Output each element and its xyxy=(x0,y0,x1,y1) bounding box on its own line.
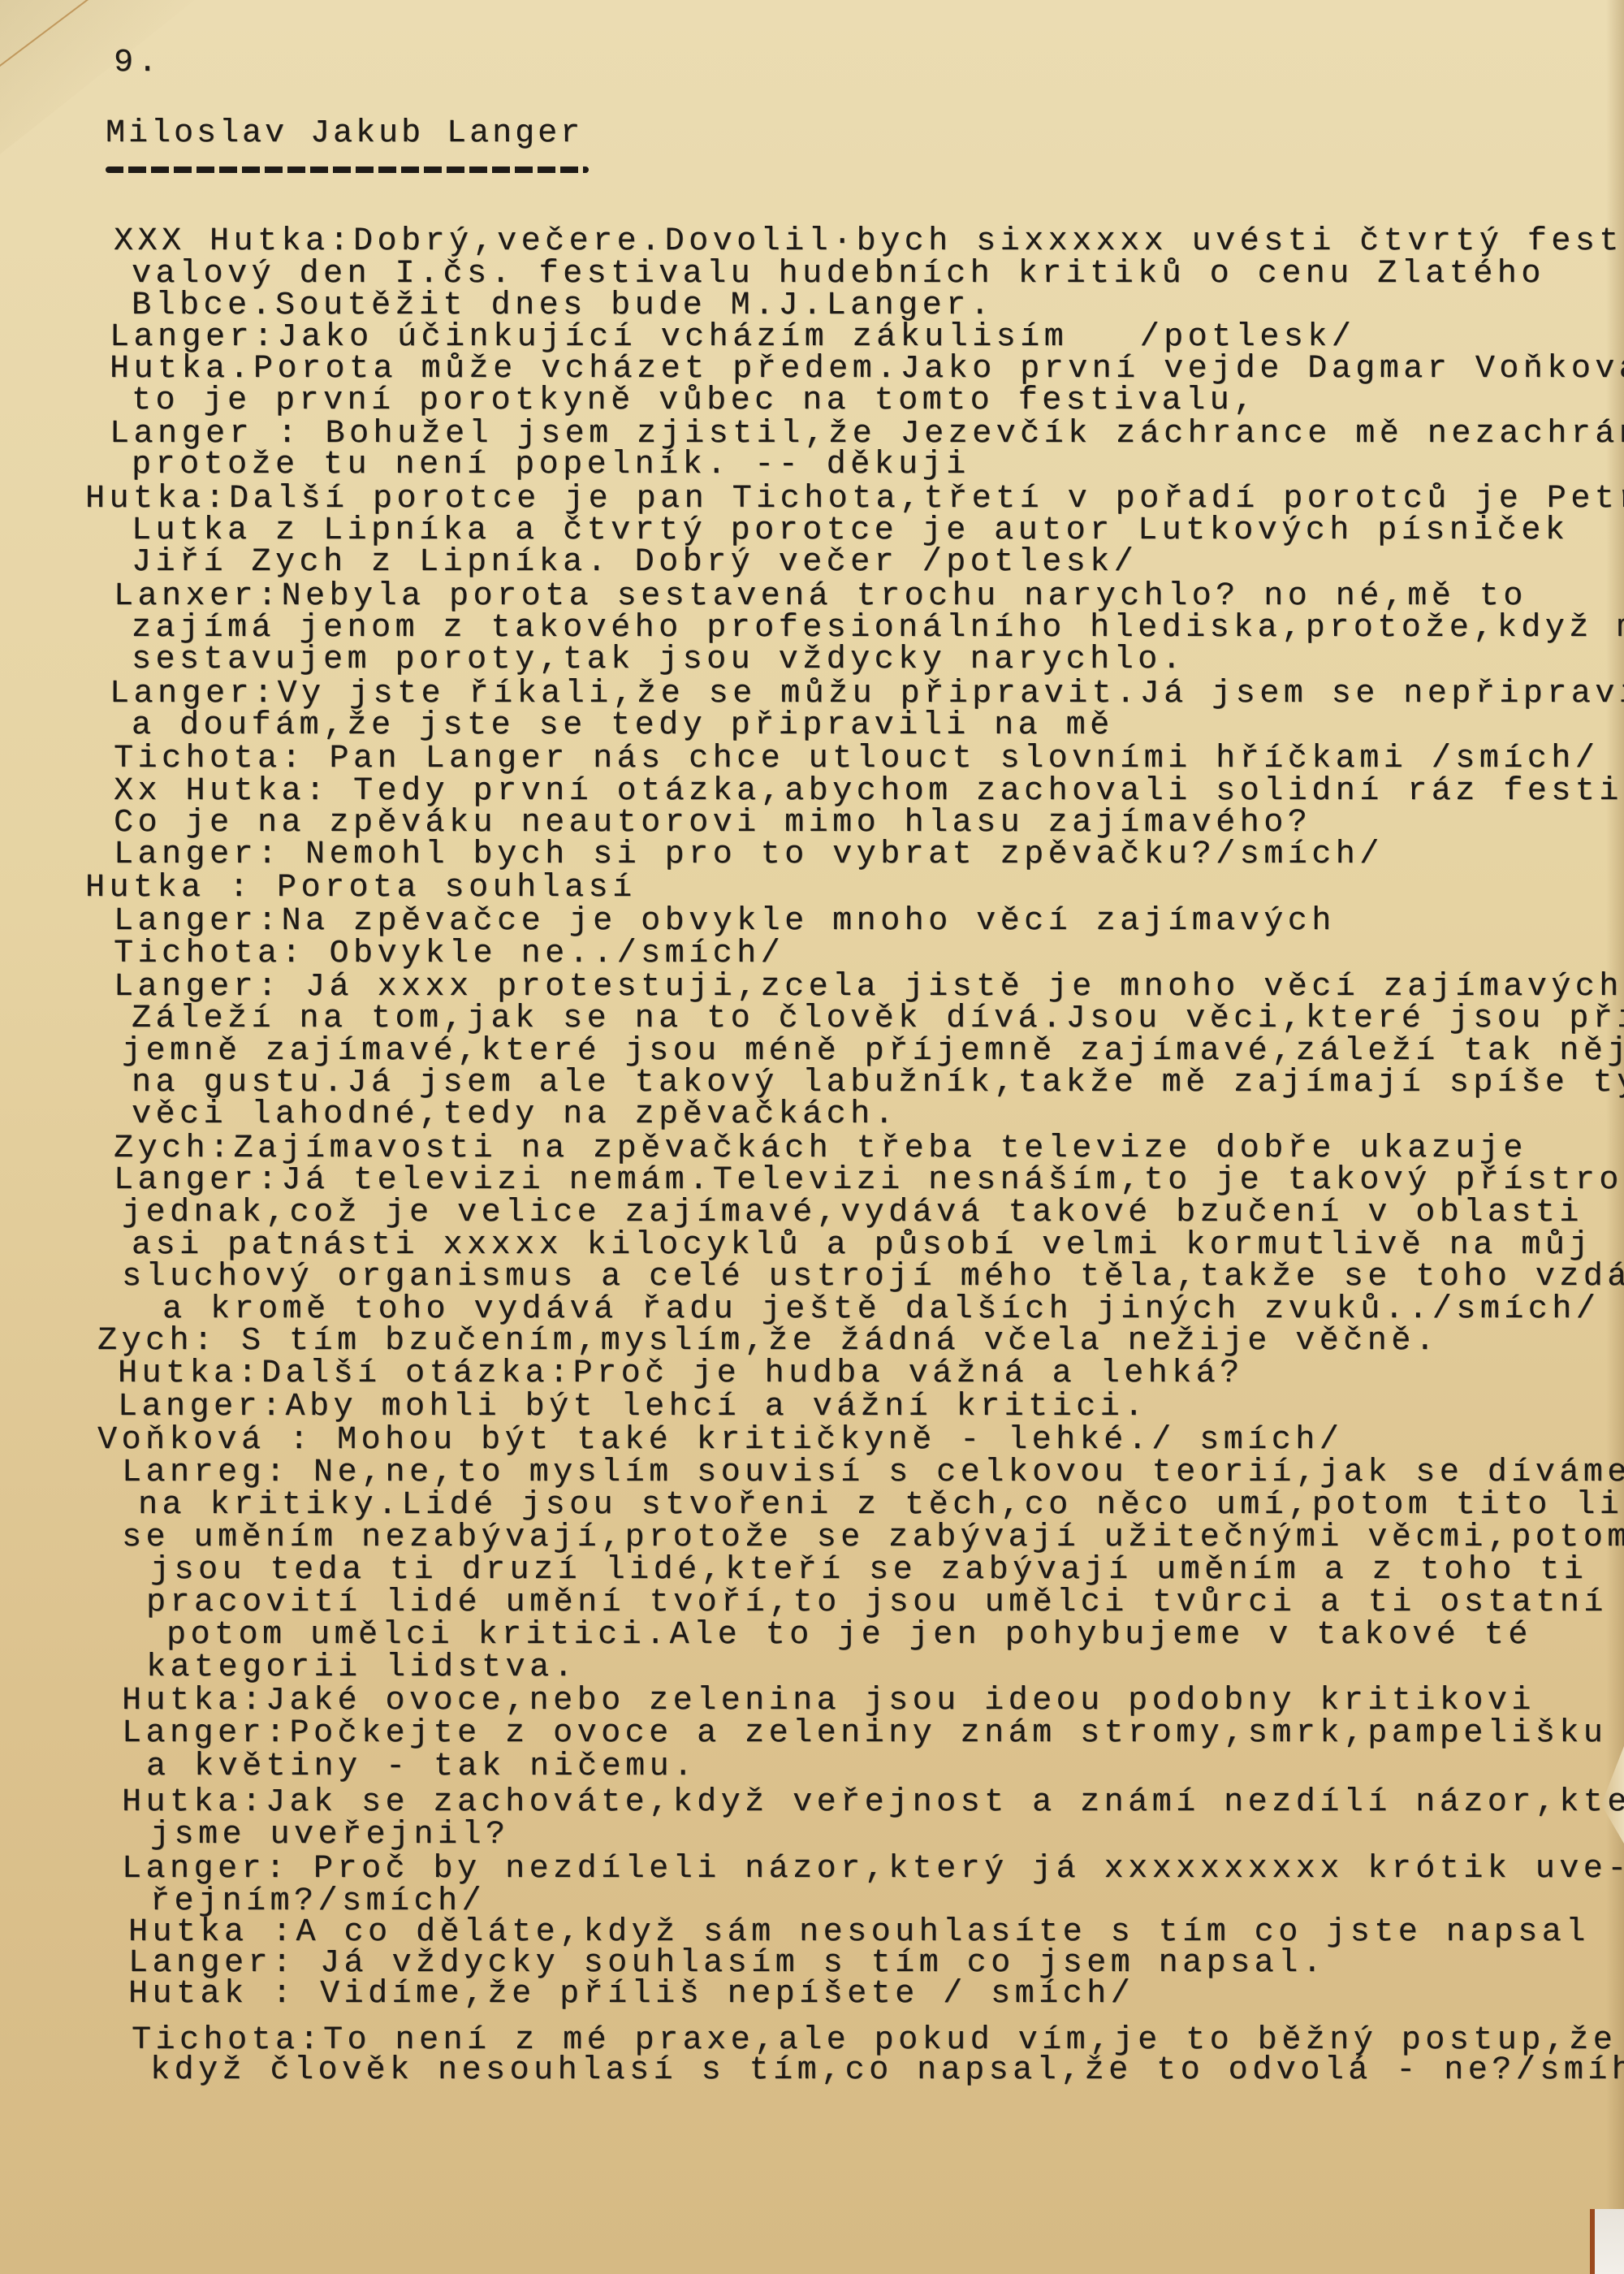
transcript-line: Langer: Já xxxx protestuji,zcela jistě j… xyxy=(114,971,1624,1004)
document-title: Miloslav Jakub Langer xyxy=(106,118,583,150)
transcript-line: pracovití lidé umění tvoří,to jsou umělc… xyxy=(146,1587,1624,1619)
transcript-line: potom umělci kritici.Ale to je jen pohyb… xyxy=(166,1619,1532,1652)
transcript-line: Langer:Vy jste říkali,že se můžu připrav… xyxy=(110,678,1624,711)
transcript-line: a kromě toho vydává řadu ještě dalších j… xyxy=(162,1294,1600,1326)
transcript-line: Zych: S tím bzučením,myslím,že žádná vče… xyxy=(97,1325,1439,1358)
transcript-line: XXX Hutka:Dobrý,večere.Dovolil·bych sixx… xyxy=(114,226,1624,258)
transcript-line: Langer:Já televizi nemám.Televizi nesnáš… xyxy=(114,1165,1624,1197)
transcript-line: Lutka z Lipníka a čtvrtý porotce je auto… xyxy=(132,515,1569,547)
transcript-line: Langer:Na zpěvačce je obvykle mnoho věcí… xyxy=(114,906,1336,938)
transcript-line: a doufám,že jste se tedy připravili na m… xyxy=(132,710,1114,742)
transcript-line: Langer: Nemohl bych si pro to vybrat zpě… xyxy=(114,839,1384,871)
transcript-line: Lanreg: Ne,ne,to myslím souvisí s celkov… xyxy=(122,1457,1624,1489)
background-corner xyxy=(1590,2209,1624,2274)
transcript-line: kategorii lidstva. xyxy=(146,1652,577,1684)
transcript-line: Voňková : Mohou být také kritičkyně - le… xyxy=(97,1424,1343,1457)
transcript-line: Zych:Zajímavosti na zpěvačkách třeba tel… xyxy=(114,1133,1527,1165)
transcript-line: Tichota: Obvykle ne../smích/ xyxy=(114,938,784,971)
transcript-line: protože tu není popelník. -- děkuji xyxy=(132,449,970,482)
transcript-line: Langer:Počkejte z ovoce a zeleniny znám … xyxy=(122,1718,1607,1750)
transcript-line: jednak,což je velice zajímavé,vydává tak… xyxy=(122,1197,1583,1230)
transcript-line: a květiny - tak ničemu. xyxy=(146,1751,698,1783)
transcript-line: Co je na zpěváku neautorovi mimo hlasu z… xyxy=(114,807,1311,840)
transcript-line: Blbce.Soutěžit dnes bude M.J.Langer. xyxy=(132,290,994,322)
transcript-line: na kritiky.Lidé jsou stvořeni z těch,co … xyxy=(138,1489,1624,1522)
transcript-line: Záleží na tom,jak se na to člověk dívá.J… xyxy=(132,1003,1624,1035)
transcript-line: zajímá jenom z takového profesionálního … xyxy=(132,612,1624,645)
typewritten-page: 9. Miloslav Jakub Langer XXX Hutka:Dobrý… xyxy=(0,0,1624,2274)
transcript-line: se uměním nezabývají,protože se zabývají… xyxy=(122,1522,1624,1554)
transcript-line: Hutka:Další porotce je pan Tichota,třetí… xyxy=(85,483,1624,516)
transcript-line: Hutak : Vidíme,že příliš nepíšete / smíc… xyxy=(128,1978,1134,2011)
transcript-line: na gustu.Já jsem ale takový labužník,tak… xyxy=(132,1067,1624,1100)
transcript-line: Hutka:Jaké ovoce,nebo zelenina jsou ideo… xyxy=(122,1685,1535,1718)
transcript-line: Xx Hutka: Tedy první otázka,abychom zach… xyxy=(114,776,1624,808)
paper-right-edge xyxy=(1606,0,1624,2274)
transcript-line: Hutka:Jak se zachováte,když veřejnost a … xyxy=(122,1787,1624,1819)
transcript-line: Langer:Jako účinkující vcházím zákulisím… xyxy=(110,322,1355,354)
transcript-line: Langer: Já vždycky souhlasím s tím co js… xyxy=(128,1948,1326,1980)
transcript-line: když člověk nesouhlasí s tím,co napsal,ž… xyxy=(150,2055,1624,2087)
transcript-line: Lanxer:Nebyla porota sestavená trochu na… xyxy=(114,581,1527,613)
transcript-line: sestavujem poroty,tak jsou vždycky naryc… xyxy=(132,644,1186,677)
transcript-line: valový den I.čs. festivalu hudebních kri… xyxy=(132,258,1545,291)
transcript-line: Langer : Bohužel jsem zjistil,že Jezevčí… xyxy=(110,418,1624,451)
title-underline xyxy=(106,166,589,173)
transcript-line: Hutka : Porota souhlasí xyxy=(85,872,637,905)
transcript-line: jsou teda ti druzí lidé,kteří se zabývaj… xyxy=(150,1554,1587,1587)
transcript-line: věci lahodné,tedy na zpěvačkách. xyxy=(132,1099,898,1131)
transcript-line: to je první porotkyně vůbec na tomto fes… xyxy=(132,385,1258,417)
transcript-line: jemně zajímavé,které jsou méně příjemně … xyxy=(122,1035,1624,1068)
transcript-line: Langer: Proč by nezdíleli názor,který já… xyxy=(122,1853,1624,1886)
transcript-line: jsme uveřejnil? xyxy=(150,1819,510,1852)
transcript-line: Hutka.Porota může vcházet předem.Jako pr… xyxy=(110,353,1624,386)
transcript-line: Jiří Zych z Lipníka. Dobrý večer /potles… xyxy=(132,547,1138,579)
transcript-line: Tichota: Pan Langer nás chce utlouct slo… xyxy=(114,743,1599,776)
transcript-line: řejním?/smích/ xyxy=(150,1886,486,1918)
transcript-line: Hutka:Další otázka:Proč je hudba vážná a… xyxy=(118,1358,1244,1390)
transcript-line: Langer:Aby mohli být lehcí a vážní kriti… xyxy=(118,1391,1148,1424)
transcript-line: asi patnásti xxxxx kilocyklů a působí ve… xyxy=(132,1230,1593,1262)
page-number: 9. xyxy=(114,47,162,80)
transcript-line: Hutka :A co děláte,když sám nesouhlasíte… xyxy=(128,1917,1590,1949)
transcript-line: sluchový organismus a celé ustrojí mého … xyxy=(122,1261,1624,1294)
